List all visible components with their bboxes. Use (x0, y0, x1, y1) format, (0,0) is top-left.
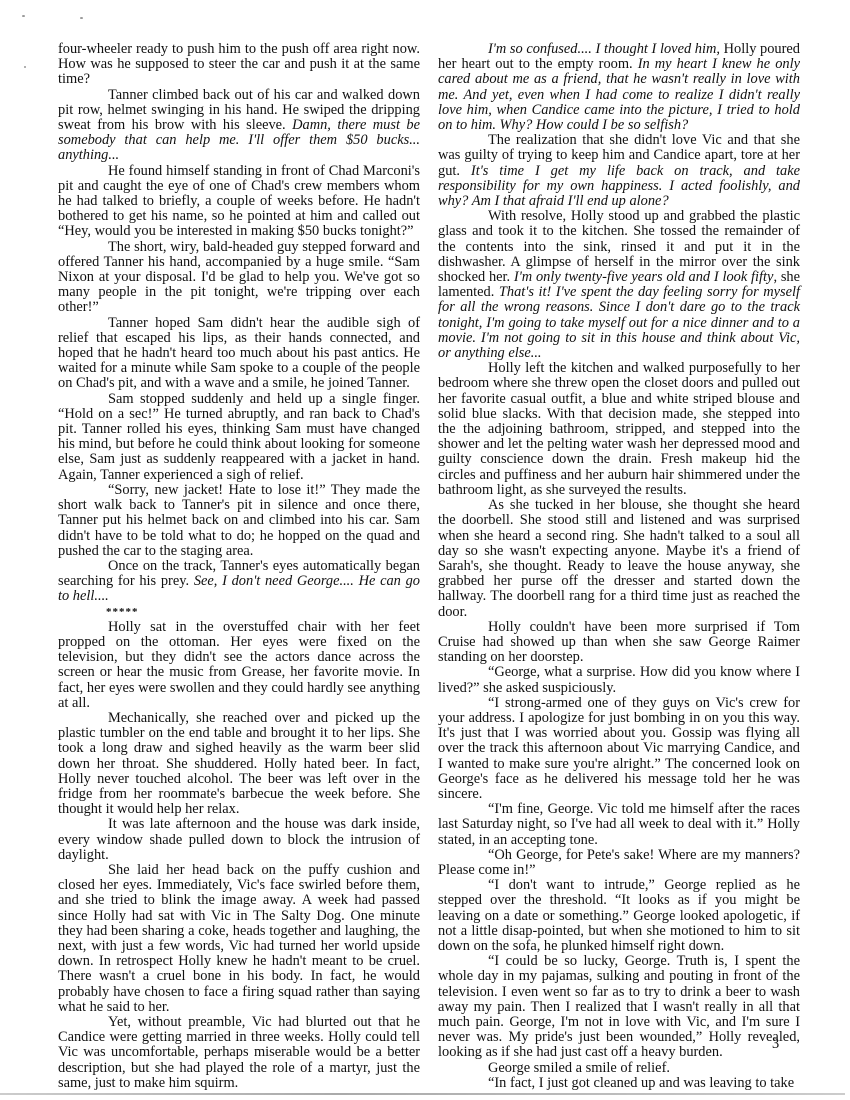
paragraph: As she tucked in her blouse, she thought… (438, 498, 800, 620)
italic-thought-text: I'm so confused.... I thought I loved hi… (488, 41, 720, 57)
paragraph: Holly couldn't have been more surprised … (438, 620, 800, 666)
scan-edge-line (0, 1093, 845, 1095)
paragraph: “I don't want to intrude,” George replie… (438, 878, 800, 954)
paragraph: four-wheeler ready to push him to the pu… (58, 42, 420, 88)
body-text: She laid her head back on the puffy cush… (58, 862, 420, 1015)
body-text: Sam stopped suddenly and held up a singl… (58, 391, 420, 483)
paragraph: “Sorry, new jacket! Hate to lose it!” Th… (58, 483, 420, 559)
body-text: Tanner hoped Sam didn't hear the audible… (58, 315, 420, 392)
paragraph: Once on the track, Tanner's eyes automat… (58, 559, 420, 605)
body-text: “George, what a surprise. How did you kn… (438, 664, 800, 695)
body-text: “I don't want to intrude,” George replie… (438, 877, 800, 954)
paragraph: Tanner hoped Sam didn't hear the audible… (58, 316, 420, 392)
paragraph: Sam stopped suddenly and held up a singl… (58, 392, 420, 483)
body-text: It was late afternoon and the house was … (58, 816, 420, 862)
document-page: four-wheeler ready to push him to the pu… (0, 0, 850, 1100)
paragraph: It was late afternoon and the house was … (58, 817, 420, 863)
body-text: The short, wiry, bald-headed guy stepped… (58, 239, 420, 316)
body-text: As she tucked in her blouse, she thought… (438, 497, 800, 619)
body-text: George smiled a smile of relief. (488, 1060, 670, 1076)
paragraph: The realization that she didn't love Vic… (438, 133, 800, 209)
paragraph: I'm so confused.... I thought I loved hi… (438, 42, 800, 133)
body-text: He found himself standing in front of Ch… (58, 163, 420, 240)
paragraph: “George, what a surprise. How did you kn… (438, 665, 800, 695)
paragraph: With resolve, Holly stood up and grabbed… (438, 209, 800, 361)
body-text: “I could be so lucky, George. Truth is, … (438, 953, 800, 1060)
paragraph: Mechanically, she reached over and picke… (58, 711, 420, 817)
paragraph: “In fact, I just got cleaned up and was … (438, 1076, 800, 1091)
paragraph: “Oh George, for Pete's sake! Where are m… (438, 848, 800, 878)
body-text: Holly sat in the overstuffed chair with … (58, 619, 420, 711)
paragraph: The short, wiry, bald-headed guy stepped… (58, 240, 420, 316)
right-column: I'm so confused.... I thought I loved hi… (438, 42, 800, 1091)
body-text: four-wheeler ready to push him to the pu… (58, 41, 420, 87)
paragraph: Yet, without preamble, Vic had blurted o… (58, 1015, 420, 1091)
paragraph: Holly sat in the overstuffed chair with … (58, 620, 420, 711)
paragraph: Tanner climbed back out of his car and w… (58, 88, 420, 164)
body-text: Holly couldn't have been more surprised … (438, 619, 800, 665)
body-text: “I'm fine, George. Vic told me himself a… (438, 801, 800, 847)
paragraph: He found himself standing in front of Ch… (58, 164, 420, 240)
body-text: “In fact, I just got cleaned up and was … (488, 1075, 794, 1091)
paragraph: “I strong-armed one of they guys on Vic'… (438, 696, 800, 802)
body-text: Holly left the kitchen and walked purpos… (438, 360, 800, 498)
scan-speck (80, 17, 83, 19)
paragraph: George smiled a smile of relief. (438, 1061, 800, 1076)
body-text: “Oh George, for Pete's sake! Where are m… (438, 847, 800, 878)
scan-speck (22, 15, 25, 17)
body-text: Yet, without preamble, Vic had blurted o… (58, 1014, 420, 1091)
italic-thought-text: It's time I get my life back on track, a… (438, 163, 800, 209)
body-text: “I strong-armed one of they guys on Vic'… (438, 695, 800, 802)
body-text: Mechanically, she reached over and picke… (58, 710, 420, 817)
page-number: 3 (772, 1036, 779, 1053)
italic-thought-text: I'm only twenty-five years old and I loo… (514, 269, 774, 285)
paragraph: “I'm fine, George. Vic told me himself a… (438, 802, 800, 848)
paragraph: She laid her head back on the puffy cush… (58, 863, 420, 1015)
left-column: four-wheeler ready to push him to the pu… (58, 42, 420, 1091)
paragraph: Holly left the kitchen and walked purpos… (438, 361, 800, 498)
section-break: ***** (58, 605, 420, 620)
body-text: “Sorry, new jacket! Hate to lose it!” Th… (58, 482, 420, 559)
paragraph: “I could be so lucky, George. Truth is, … (438, 954, 800, 1060)
scan-speck (24, 66, 26, 68)
